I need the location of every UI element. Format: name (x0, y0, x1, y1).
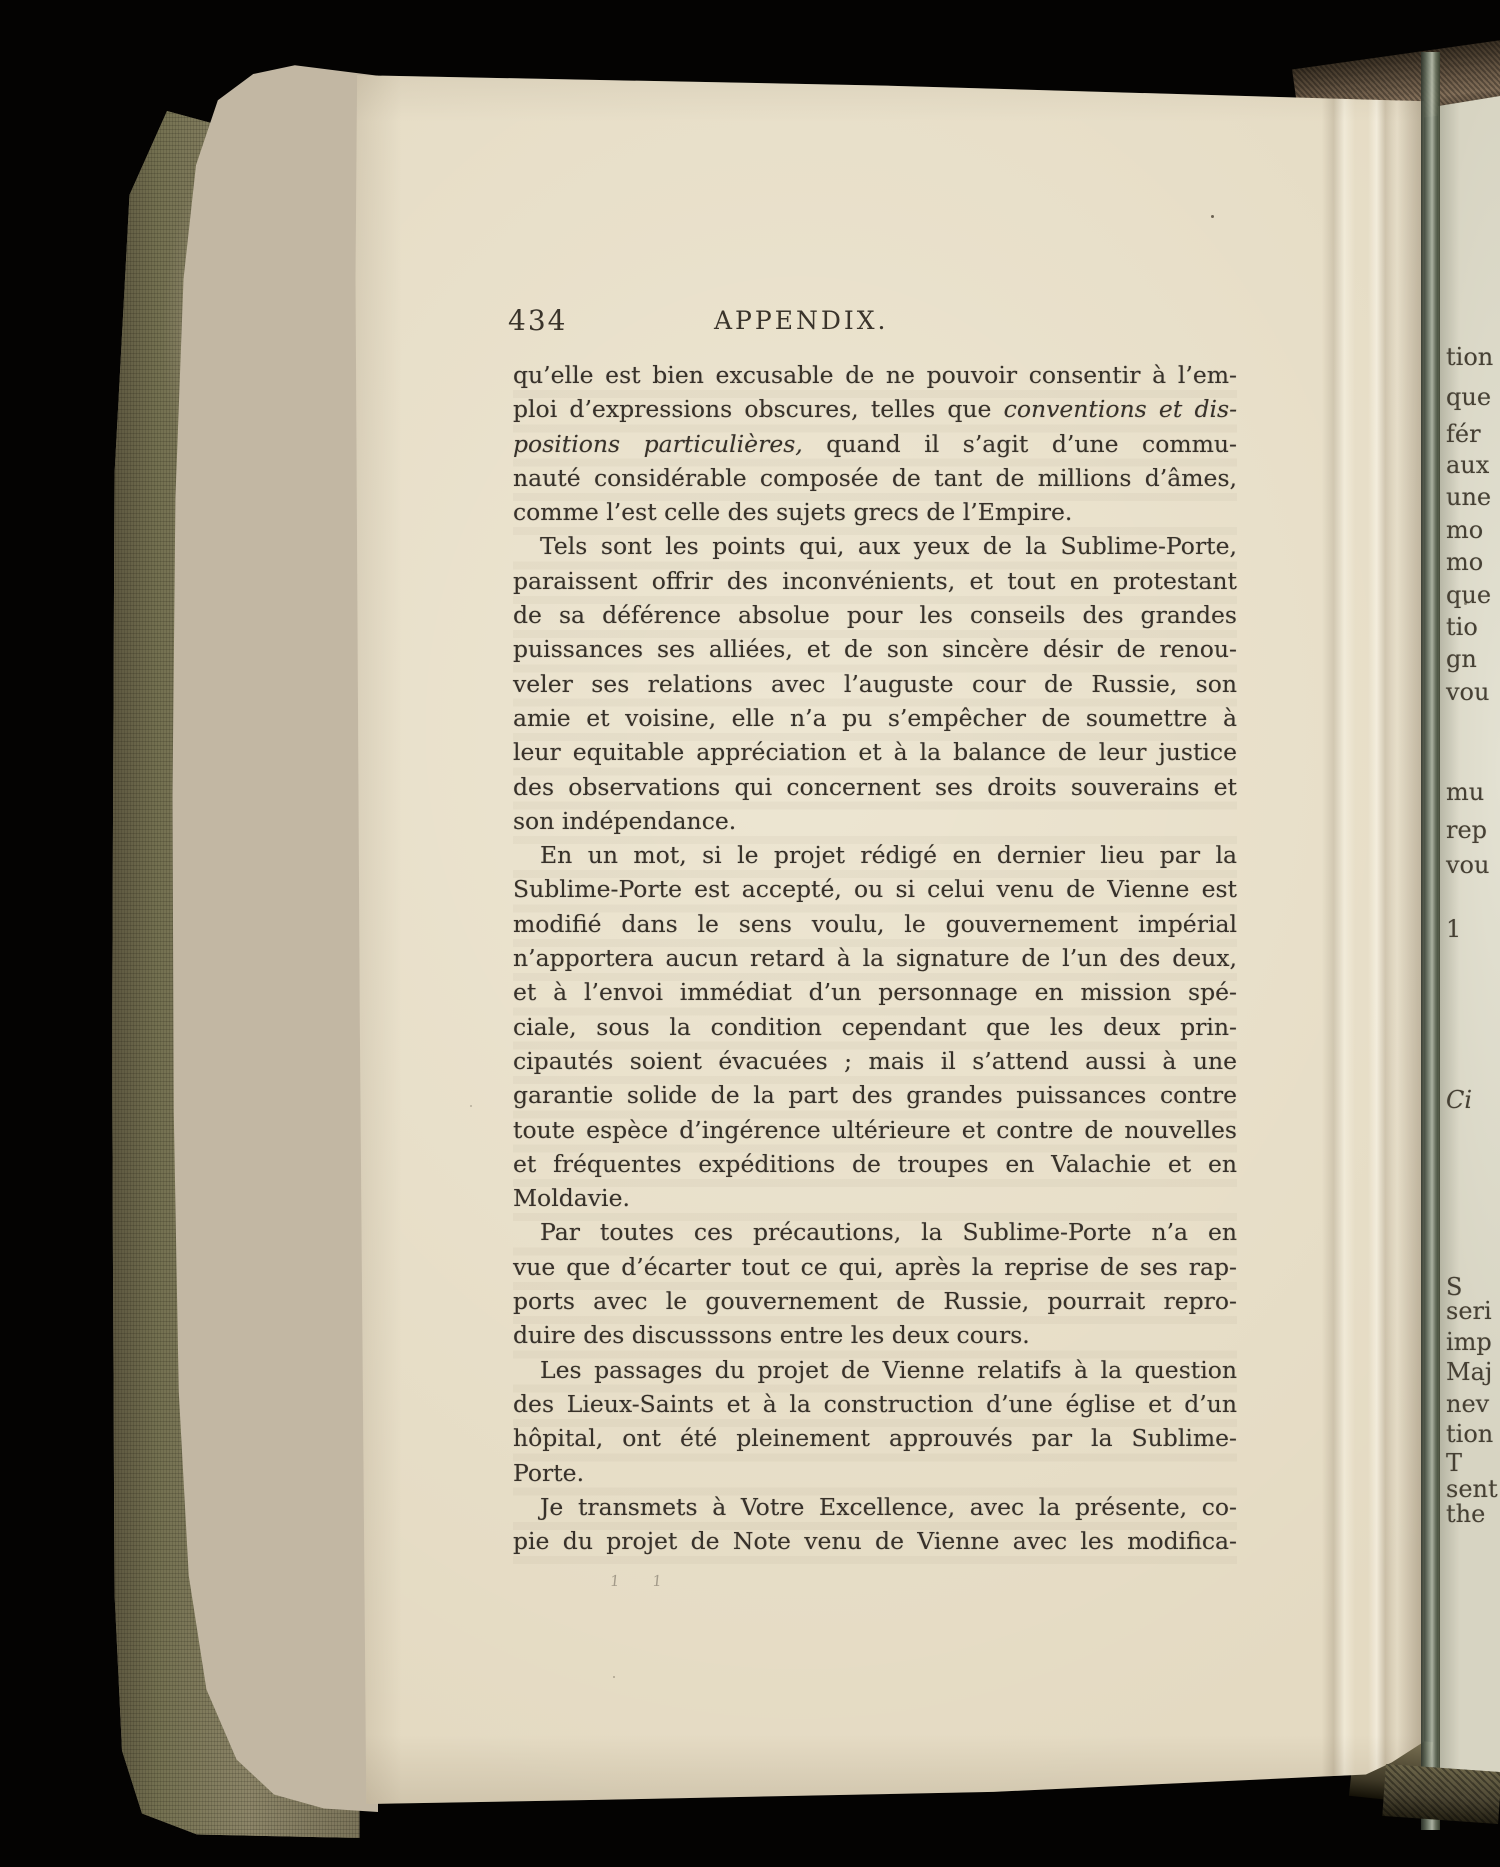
text-line: ports avec le gouvernement de Russie, po… (513, 1284, 1237, 1318)
text-line: veler ses relations avec l’auguste cour … (513, 667, 1237, 701)
book-page: 434 APPENDIX. qu’elle est bien excusable… (348, 70, 1424, 1804)
text-line: leur equitable appréciation et à la bala… (513, 735, 1237, 769)
next-page-fragment: nev (1446, 1389, 1489, 1419)
next-page-fragment: aux (1446, 450, 1489, 480)
text-line: Par toutes ces précautions, la Sublime-P… (513, 1215, 1237, 1249)
next-page-fragment: mo (1446, 547, 1483, 577)
page-stack-edges (170, 60, 378, 1812)
text-line: qu’elle est bien excusable de ne pouvoir… (513, 358, 1237, 392)
text-line: Les passages du projet de Vienne relatif… (513, 1353, 1237, 1387)
text-line: ploi d’expressions obscures, telles que … (513, 392, 1237, 426)
page-number: 434 (508, 304, 567, 337)
text-line: duire des discusssons entre les deux cou… (513, 1318, 1237, 1352)
binding-strip (1421, 52, 1440, 1830)
next-page-fragment: rep (1446, 815, 1487, 845)
body-text: qu’elle est bien excusable de ne pouvoir… (513, 358, 1237, 1558)
text-line: pie du projet de Note venu de Vienne ave… (513, 1524, 1237, 1558)
dust-speck (613, 1676, 615, 1678)
text-line: comme l’est celle des sujets grecs de l’… (513, 495, 1237, 529)
text-line: de sa déférence absolue pour les conseil… (513, 598, 1237, 632)
text-line: Sublime-Porte est accepté, ou si celui v… (513, 872, 1237, 906)
text-line: hôpital, ont été pleinement approuvés pa… (513, 1421, 1237, 1455)
text-line: et à l’envoi immédiat d’un personnage en… (513, 975, 1237, 1009)
text-line: cipautés soient évacuées ; mais il s’att… (513, 1044, 1237, 1078)
text-line: En un mot, si le projet rédigé en dernie… (513, 838, 1237, 872)
text-line: des Lieux-Saints et à la construction d’… (513, 1387, 1237, 1421)
text-line: vue que d’écarter tout ce qui, après la … (513, 1250, 1237, 1284)
text-line: modifié dans le sens voulu, le gouvernem… (513, 907, 1237, 941)
next-page-fragment: mo (1446, 515, 1483, 545)
next-page-fragment: Maj (1446, 1357, 1492, 1387)
board-edge-bottom (1382, 1764, 1500, 1824)
next-page-fragment: vou (1446, 677, 1489, 707)
next-page-fragment: tion (1446, 1419, 1493, 1449)
text-line: positions particulières, quand il s’agit… (513, 427, 1237, 461)
text-line: et fréquentes expéditions de troupes en … (513, 1147, 1237, 1181)
text-line: Je transmets à Votre Excellence, avec la… (513, 1490, 1237, 1524)
next-page-fragment: 1 (1446, 914, 1461, 944)
next-page-fragment: the (1446, 1499, 1485, 1529)
next-page-fragment: une (1446, 482, 1491, 512)
text-line: Tels sont les points qui, aux yeux de la… (513, 529, 1237, 563)
photographed-book-scene: 434 APPENDIX. qu’elle est bien excusable… (0, 0, 1500, 1867)
text-line: des observations qui concernent ses droi… (513, 770, 1237, 804)
dust-speck (1211, 215, 1214, 218)
running-head: APPENDIX. (714, 306, 889, 335)
next-page-fragment: tio (1446, 612, 1478, 642)
text-line: son indépendance. (513, 804, 1237, 838)
text-line: toute espèce d’ingérence ultérieure et c… (513, 1113, 1237, 1147)
next-page-fragment: mu (1446, 777, 1484, 807)
next-page-fragment: imp (1446, 1327, 1492, 1357)
text-line: Moldavie. (513, 1181, 1237, 1215)
next-page-fragment: que (1446, 580, 1491, 610)
dust-speck (470, 1105, 472, 1107)
text-line: garantie solide de la part des grandes p… (513, 1078, 1237, 1112)
text-line: n’apportera aucun retard à la signature … (513, 941, 1237, 975)
text-line: amie et voisine, elle n’a pu s’empêcher … (513, 701, 1237, 735)
next-page-fragment: que (1446, 382, 1491, 412)
next-page-fragment: seri (1446, 1296, 1492, 1326)
dust-speck (1464, 602, 1467, 605)
signature-mark: 1 1 (609, 1572, 677, 1590)
text-line: paraissent offrir des inconvénients, et … (513, 564, 1237, 598)
text-line: nauté considérable composée de tant de m… (513, 461, 1237, 495)
next-page-fragment: tion (1446, 342, 1493, 372)
next-page-fragment: fér (1446, 419, 1481, 449)
next-page-fragment: Ci (1446, 1085, 1472, 1115)
next-page-sliver: tionqueférauxunemomoquetiognvoumurepvou1… (1438, 96, 1500, 1780)
text-line: Porte. (513, 1456, 1237, 1490)
text-line: ciale, sous la condition cependant que l… (513, 1010, 1237, 1044)
next-page-fragment: gn (1446, 644, 1477, 674)
text-line: puissances ses alliées, et de son sincèr… (513, 632, 1237, 666)
next-page-fragment: vou (1446, 850, 1489, 880)
